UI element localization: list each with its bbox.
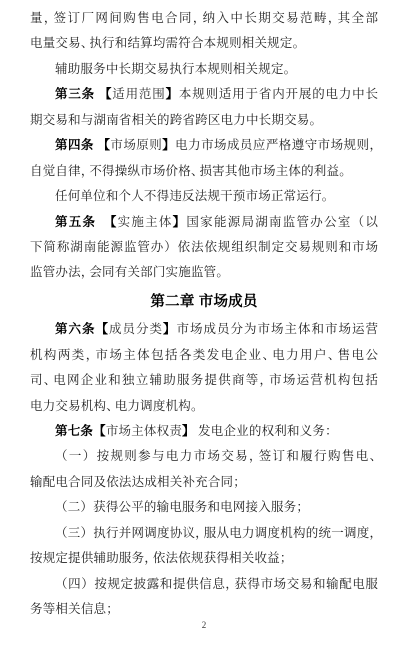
- text-line: 第五条 【实施主体】国家能源局湖南监管办公室（以: [30, 210, 378, 235]
- text-line: 电力交易机构、电力调度机构。: [30, 394, 378, 419]
- text-line: 司、电网企业和独立辅助服务提供商等，市场运营机构包括: [30, 368, 378, 393]
- text-line: 下简称湖南能源监管办）依法依规组织制定交易规则和市场: [30, 235, 378, 260]
- text-line: 自觉自律，不得操纵市场价格、损害其他市场主体的利益。: [30, 159, 378, 184]
- text-line: 辅助服务中长期交易执行本规则相关规定。: [30, 57, 378, 82]
- text-line: 监管办法，会同有关部门实施监管。: [30, 260, 378, 285]
- text-line: （四）按规定披露和提供信息，获得市场交易和输配电服: [30, 572, 378, 597]
- text-line: 电量交易、执行和结算均需符合本规则相关规定。: [30, 31, 378, 56]
- text-line: 第六条【成员分类】市场成员分为市场主体和市场运营: [30, 317, 378, 342]
- text-line: 务等相关信息；: [30, 597, 378, 622]
- chapter-heading: 第二章 市场成员: [30, 290, 378, 315]
- text-line: 按规定提供辅助服务，依法依规获得相关收益；: [30, 546, 378, 571]
- text-line: 任何单位和个人不得违反法规干预市场正常运行。: [30, 184, 378, 209]
- text-line: 机构两类，市场主体包括各类发电企业、电力用户、售电公: [30, 343, 378, 368]
- text-line: 输配电合同及依法达成相关补充合同；: [30, 470, 378, 495]
- page-number: 2: [0, 620, 408, 630]
- document-body: 量，签订厂网间购售电合同，纳入中长期交易范畴，其全部电量交易、执行和结算均需符合…: [30, 6, 378, 623]
- text-line: 量，签订厂网间购售电合同，纳入中长期交易范畴，其全部: [30, 6, 378, 31]
- text-line: 第三条 【适用范围】本规则适用于省内开展的电力中长: [30, 82, 378, 107]
- text-line: 期交易和与湖南省相关的跨省跨区电力中长期交易。: [30, 108, 378, 133]
- text-line: 第七条【市场主体权责】 发电企业的权利和义务：: [30, 419, 378, 444]
- text-line: 第四条 【市场原则】电力市场成员应严格遵守市场规则，: [30, 133, 378, 158]
- text-line: （三）执行并网调度协议，服从电力调度机构的统一调度，: [30, 521, 378, 546]
- text-line: （一）按规则参与电力市场交易，签订和履行购售电、: [30, 444, 378, 469]
- text-line: （二）获得公平的输电服务和电网接入服务；: [30, 495, 378, 520]
- document-page: 量，签订厂网间购售电合同，纳入中长期交易范畴，其全部电量交易、执行和结算均需符合…: [0, 0, 408, 647]
